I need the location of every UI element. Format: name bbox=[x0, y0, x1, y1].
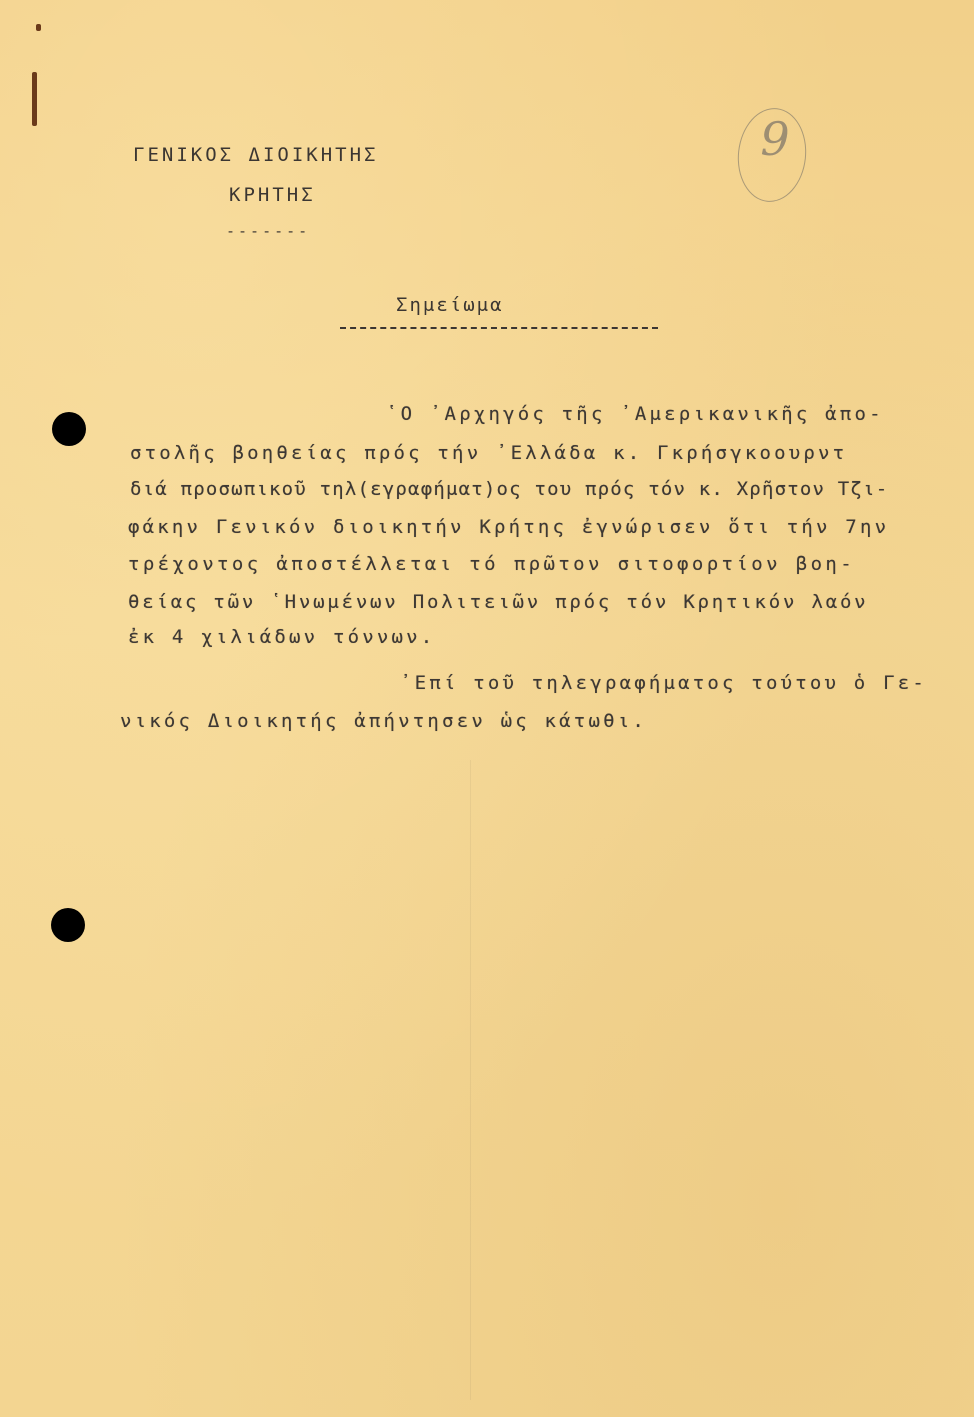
body-line-8: ᾿Επί τοῦ τηλεγραφήματος τούτου ὁ Γε- bbox=[400, 672, 927, 694]
punch-hole-bottom bbox=[51, 908, 85, 942]
document-title-text: Σημείωμα bbox=[396, 294, 504, 316]
body-line-2: στολῆς βοηθείας πρός τήν ᾿Ελλάδα κ. Γκρή… bbox=[130, 442, 847, 464]
body-line-5: τρέχοντος ἀποστέλλεται τό πρῶτον σιτοφορ… bbox=[128, 553, 855, 575]
header-line-1: ΓΕΝΙΚΟΣ ΔΙΟΙΚΗΤΗΣ bbox=[133, 144, 378, 166]
handwritten-page-number: 9 bbox=[750, 112, 800, 166]
header-line-2: ΚΡΗΤΗΣ bbox=[229, 184, 316, 206]
body-line-7: ἐκ 4 χιλιάδων τόννων. bbox=[128, 626, 435, 648]
body-line-9: νικός Διοικητής ἀπήντησεν ὡς κάτωθι. bbox=[120, 710, 647, 732]
body-line-6: θείας τῶν ῾Ηνωμένων Πολιτειῶν πρός τόν Κ… bbox=[128, 591, 868, 613]
punch-hole-top bbox=[52, 412, 86, 446]
header-underline: ------- bbox=[226, 222, 310, 240]
title-dashed-rule bbox=[340, 327, 658, 329]
body-line-1: ῾Ο ᾿Αρχηγός τῆς ᾿Αμερικανικῆς ἀπο- bbox=[386, 403, 884, 425]
paper-fold-line bbox=[470, 760, 471, 1400]
scanned-document-page: ΓΕΝΙΚΟΣ ΔΙΟΙΚΗΤΗΣ ΚΡΗΤΗΣ ------- 9 Σημεί… bbox=[0, 0, 974, 1417]
ink-dot-mark bbox=[36, 24, 41, 31]
body-line-4: φάκην Γενικόν διοικητήν Κρήτης ἐγνώρισεν… bbox=[128, 516, 889, 538]
document-title: Σημείωμα bbox=[340, 294, 504, 316]
body-line-3: διά προσωπικοῦ τηλ(εγραφήματ)ος του πρός… bbox=[130, 478, 888, 500]
ink-stroke-mark bbox=[32, 72, 37, 126]
